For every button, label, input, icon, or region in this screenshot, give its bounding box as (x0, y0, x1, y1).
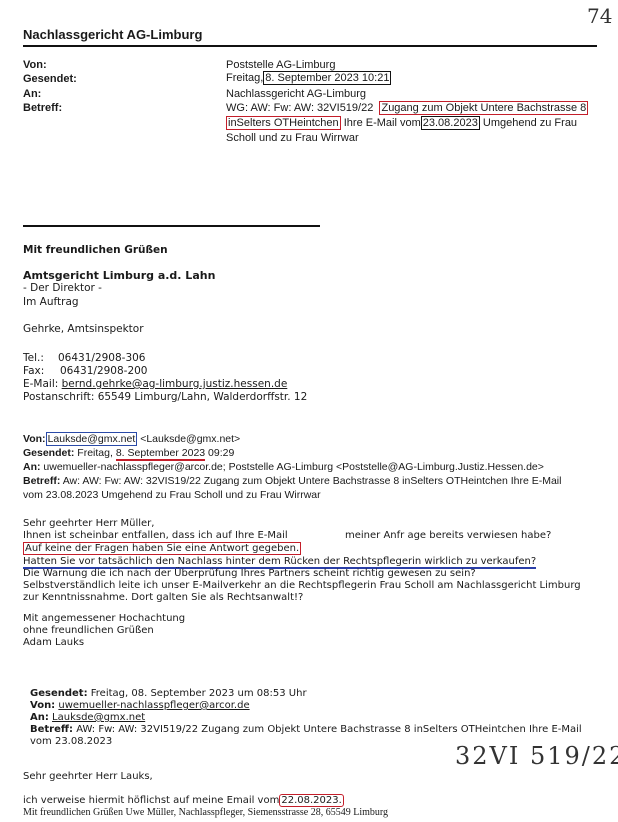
fw1-body-line5: Selbstverständlich leite ich unser E-Mai… (23, 580, 581, 592)
outer-subject-highlight-1: Zugang zum Objekt Untere Bachstrasse 8 (379, 101, 588, 115)
fw1-closing-1: Mit angemessener Hochachtung (23, 613, 185, 625)
fw1-sent-date-underlined: 8. September 2023 (116, 447, 205, 461)
fw1-from-row: Von:Lauksde@gmx.net <Lauksde@gmx.net> (23, 433, 240, 447)
document-title: Nachlassgericht AG-Limburg (23, 27, 202, 42)
fw2-subject-row: Betreff: AW: Fw: AW: 32VI519/22 Zugang z… (30, 724, 582, 736)
fw2-body-date-boxed: 22.08.2023. (279, 794, 343, 807)
signature-tel-label: Tel.: (23, 352, 44, 366)
section-separator (23, 225, 320, 227)
outer-subject-label: Betreff: (23, 101, 62, 116)
signature-fax-label: Fax: (23, 365, 44, 379)
signature-court: Amtsgericht Limburg a.d. Lahn (23, 269, 215, 283)
fw2-sent-label: Gesendet: (30, 688, 88, 699)
fw2-subject-line1: AW: Fw: AW: 32VI519/22 Zugang zum Objekt… (76, 724, 582, 735)
fw1-body-line4: Die Warnung die ich nach der Überprüfung… (23, 568, 476, 580)
fw2-sent-value: Freitag, 08. September 2023 um 08:53 Uhr (91, 688, 307, 699)
outer-to-value: Nachlassgericht AG-Limburg (226, 87, 366, 102)
signature-tel: 06431/2908-306 (58, 352, 146, 366)
fw2-from-label: Von: (30, 700, 55, 711)
signature-name: Gehrke, Amtsinspektor (23, 323, 144, 337)
fw1-closing-2: ohne freundlichen Grüßen (23, 625, 154, 637)
outer-subject-line1: WG: AW: Fw: AW: 32VI519/22 Zugang zum Ob… (226, 101, 588, 116)
outer-subject-highlight-2: inSelters OTHeintchen (226, 116, 341, 130)
fw2-to-row: An: Lauksde@gmx.net (30, 712, 145, 724)
fw1-subject-label: Betreff: (23, 475, 60, 487)
fw2-footer: Mit freundlichen Grüßen Uwe Müller, Nach… (23, 807, 388, 818)
handwritten-reference: 32VI 519/22 (455, 742, 618, 770)
fw2-sent-row: Gesendet: Freitag, 08. September 2023 um… (30, 688, 307, 700)
fw1-body-line1b: meiner Anfr age bereits verwiesen habe? (345, 530, 551, 542)
outer-subject-prefix: WG: AW: Fw: AW: 32VI519/22 (226, 102, 373, 114)
signature-email-link[interactable]: bernd.gehrke@ag-limburg.justiz.hessen.de (62, 378, 288, 390)
fw1-to-value: uwemueller-nachlasspfleger@arcor.de; Pos… (43, 461, 543, 473)
signature-fax: 06431/2908-200 (60, 365, 148, 379)
fw1-salutation: Sehr geehrter Herr Müller, (23, 518, 154, 530)
fw2-salutation: Sehr geehrter Herr Lauks, (23, 771, 153, 783)
outer-subject-line2: inSelters OTHeintchen Ihre E-Mail vom23.… (226, 116, 577, 131)
fw1-subject-row: Betreff: Aw: AW: Fw: AW: 32VIS19/22 Zuga… (23, 475, 561, 489)
outer-sent-value: Freitag,8. September 2023 10:21 (226, 71, 391, 86)
fw1-body-line2: Auf keine der Fragen haben Sie eine Antw… (23, 543, 301, 555)
fw2-subject-label: Betreff: (30, 724, 73, 735)
fw2-from-link[interactable]: uwemueller-nachlasspfleger@arcor.de (58, 700, 249, 711)
fw1-body-line2-boxed: Auf keine der Fragen haben Sie eine Antw… (23, 542, 301, 555)
fw1-to-row: An: uwemueller-nachlasspfleger@arcor.de;… (23, 461, 544, 475)
signature-email-row: E-Mail: bernd.gehrke@ag-limburg.justiz.h… (23, 378, 287, 392)
fw1-sent-weekday: Freitag, (77, 447, 113, 459)
outer-to-label: An: (23, 87, 41, 102)
title-rule (23, 45, 597, 47)
fw1-subject-line2: vom 23.08.2023 Umgehend zu Frau Scholl u… (23, 489, 321, 503)
fw2-from-row: Von: uwemueller-nachlasspfleger@arcor.de (30, 700, 250, 712)
fw1-from-label: Von: (23, 433, 46, 445)
fw1-body-line1a: Ihnen ist scheinbar entfallen, dass ich … (23, 530, 288, 542)
fw1-body-line3: Hatten Sie vor tatsächlich den Nachlass … (23, 556, 536, 568)
outer-sent-weekday: Freitag, (226, 72, 263, 84)
signature-director: - Der Direktor - (23, 282, 102, 296)
fw1-subject-line1: Aw: AW: Fw: AW: 32VIS19/22 Zugang zum Ob… (63, 475, 562, 487)
fw1-to-label: An: (23, 461, 41, 473)
signature-email-label: E-Mail: (23, 378, 58, 390)
fw1-closing-3: Adam Lauks (23, 637, 84, 649)
signature-on-behalf: Im Auftrag (23, 296, 79, 310)
fw1-from-email-full: <Lauksde@gmx.net> (140, 433, 240, 445)
outer-sent-datetime-boxed: 8. September 2023 10:21 (263, 71, 391, 85)
handwritten-page-number: 74 (587, 4, 612, 28)
fw1-sent-label: Gesendet: (23, 447, 74, 459)
fw1-body-line6: zur Kenntnissnahme. Dort galten Sie als … (23, 592, 303, 604)
outer-subject-line3: Scholl und zu Frau Wirrwar (226, 131, 359, 146)
outer-subject-mid: Ihre E-Mail vom (344, 117, 421, 129)
signature-postal: Postanschrift: 65549 Limburg/Lahn, Walde… (23, 391, 307, 405)
fw1-sent-row: Gesendet: Freitag, 8. September 2023 09:… (23, 447, 234, 461)
outer-sent-label: Gesendet: (23, 72, 77, 87)
fw1-from-email-boxed[interactable]: Lauksde@gmx.net (46, 432, 138, 446)
outer-from-label: Von: (23, 58, 47, 73)
fw2-to-link[interactable]: Lauksde@gmx.net (52, 712, 145, 723)
fw1-sent-time: 09:29 (208, 447, 234, 459)
fw2-body-line1-text: ich verweise hiermit höflichst auf meine… (23, 795, 279, 806)
fw2-subject-line2: vom 23.08.2023 (30, 736, 112, 748)
fw2-body-line1: ich verweise hiermit höflichst auf meine… (23, 795, 344, 807)
outer-subject-date-boxed: 23.08.2023 (421, 116, 480, 130)
fw2-to-label: An: (30, 712, 49, 723)
signature-greeting: Mit freundlichen Grüßen (23, 244, 168, 258)
outer-subject-tail-1: Umgehend zu Frau (483, 117, 577, 129)
